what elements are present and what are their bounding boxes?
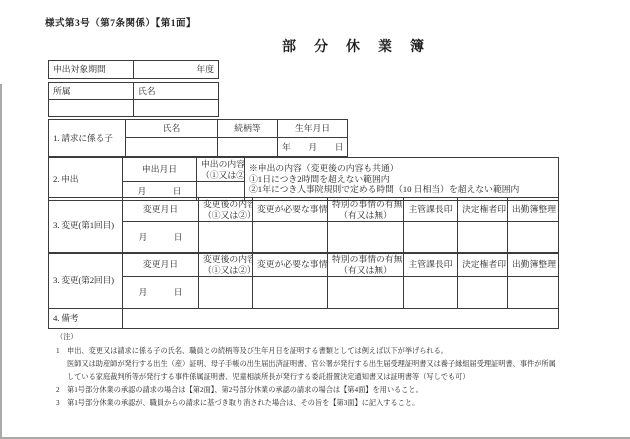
- request-date-header: 申出月日: [123, 158, 197, 182]
- change2-date-input-cell[interactable]: 月 日: [123, 277, 199, 309]
- change1-manager-seal-header: 主管課長印: [404, 198, 458, 222]
- change2-section-label: 3. 変更(第2回目): [49, 253, 123, 309]
- change1-content-header-line1: 変更後の内容: [203, 199, 248, 210]
- remarks-section-label: 4. 備考: [49, 309, 123, 329]
- change2-special-header-line1: 特別の事情の有無: [332, 254, 399, 265]
- change2-content-header-line1: 変更後の内容: [203, 254, 248, 265]
- change2-reason-input-cell[interactable]: [253, 277, 328, 309]
- change1-content-header: 変更後の内容 （①又は②）: [199, 198, 253, 222]
- change1-special-input-cell[interactable]: [328, 222, 404, 254]
- change1-special-header: 特別の事情の有無 （有又は無）: [328, 198, 404, 222]
- change2-content-header: 変更後の内容 （①又は②）: [199, 253, 253, 277]
- change2-table: 3. 変更(第2回目) 変更月日 変更後の内容 （①又は②） 変更が必要な事情 …: [48, 252, 559, 309]
- change1-reason-header: 変更が必要な事情: [253, 198, 328, 222]
- fiscal-year-cell[interactable]: 年度: [134, 61, 219, 79]
- period-table: 申出対象期間 年度: [48, 60, 219, 79]
- form-code: 様式第3号（第7条関係）【第1面】: [45, 15, 196, 29]
- child-name-input-cell[interactable]: [126, 138, 218, 157]
- note-text: している家庭裁判所等が発行する事件係属証明書、児童相談所長が発行する委託措置決定…: [67, 371, 568, 384]
- request-content-header-line1: 申出の内容: [201, 159, 240, 170]
- note-text: 医師又は助産師が発行する出生（産）証明、母子手帳の出生届出済証明書、官公署が発行…: [67, 358, 568, 371]
- change1-content-input-cell[interactable]: [199, 222, 253, 254]
- request-content-header: 申出の内容 （①又は②）: [197, 158, 245, 182]
- note-number: [56, 371, 67, 384]
- page-title: 部 分 休 業 簿: [0, 36, 630, 56]
- change1-table: 3. 変更(第1回目) 変更月日 変更後の内容 （①又は②） 変更が必要な事情 …: [48, 197, 559, 254]
- name-input-cell[interactable]: [134, 100, 219, 117]
- change1-date-header: 変更月日: [123, 198, 199, 222]
- note-line: 2 第1号部分休業の承認の請求の場合は【第2面】、第2号部分休業の承認の請求の場…: [56, 384, 568, 397]
- note-text: 第1号部分休業の承認が、職員からの請求に基づき取り消された場合は、その旨を【第3…: [67, 397, 568, 410]
- identity-table: 所属 氏名: [48, 82, 219, 117]
- note-line: している家庭裁判所等が発行する事件係属証明書、児童相談所長が発行する委託措置決定…: [56, 371, 568, 384]
- period-label-cell: 申出対象期間: [49, 61, 134, 79]
- change2-special-header-line2: （有又は無）: [332, 265, 399, 276]
- scan-edge-left: [0, 84, 2, 439]
- change1-reason-input-cell[interactable]: [253, 222, 328, 254]
- request-content-note: ※申出の内容（変更後の内容も共通） ①1日につき2時間を超えない範囲内 ②1年に…: [245, 158, 559, 201]
- change2-special-input-cell[interactable]: [328, 277, 404, 309]
- request-note-line2: ①1日につき2時間を超えない範囲内: [249, 174, 554, 185]
- child-table: 1. 請求に係る子 氏名 続柄等 生年月日 年 月 日: [48, 119, 348, 157]
- change1-attendance-cell[interactable]: [508, 222, 559, 254]
- child-birthdate-header: 生年月日: [278, 120, 348, 138]
- change2-content-input-cell[interactable]: [199, 277, 253, 309]
- change2-date-header: 変更月日: [123, 253, 199, 277]
- affiliation-input-cell[interactable]: [49, 100, 134, 117]
- change1-special-header-line2: （有又は無）: [332, 210, 399, 221]
- note-number: [56, 358, 67, 371]
- change1-section-label: 3. 変更(第1回目): [49, 198, 123, 254]
- change1-manager-seal-cell[interactable]: [404, 222, 458, 254]
- note-line: 1 申出、変更又は請求に係る子の氏名、職員との続柄等及び生年月日を証明する書類と…: [56, 345, 568, 358]
- note-line: 3 第1号部分休業の承認が、職員からの請求に基づき取り消された場合は、その旨を【…: [56, 397, 568, 410]
- change1-decider-seal-cell[interactable]: [458, 222, 508, 254]
- change1-date-input-cell[interactable]: 月 日: [123, 222, 199, 254]
- child-relationship-input-cell[interactable]: [218, 138, 278, 157]
- change1-special-header-line1: 特別の事情の有無: [332, 199, 399, 210]
- child-name-header: 氏名: [126, 120, 218, 138]
- footnotes: （注） 1 申出、変更又は請求に係る子の氏名、職員との続柄等及び生年月日を証明す…: [56, 331, 568, 410]
- note-number: 3: [56, 397, 67, 410]
- footnotes-heading: （注）: [56, 331, 568, 344]
- change2-attendance-header: 出勤簿整理: [508, 253, 559, 277]
- change2-manager-seal-header: 主管課長印: [404, 253, 458, 277]
- affiliation-header-cell: 所属: [49, 83, 134, 100]
- request-content-header-line2: （①又は②）: [201, 170, 240, 181]
- child-relationship-header: 続柄等: [218, 120, 278, 138]
- change1-decider-seal-header: 決定権者印: [458, 198, 508, 222]
- change2-reason-header: 変更が必要な事情: [253, 253, 328, 277]
- change2-content-header-line2: （①又は②）: [203, 265, 248, 276]
- remarks-input-cell[interactable]: [123, 309, 559, 329]
- note-number: 1: [56, 345, 67, 358]
- note-text: 申出、変更又は請求に係る子の氏名、職員との続柄等及び生年月日を証明する書類として…: [67, 345, 568, 358]
- change2-attendance-cell[interactable]: [508, 277, 559, 309]
- request-table: 2. 申出 申出月日 申出の内容 （①又は②） ※申出の内容（変更後の内容も共通…: [48, 157, 559, 201]
- name-header-cell: 氏名: [134, 83, 219, 100]
- request-note-line3: ②1年につき人事院規則で定める時間（10 日相当）を超えない範囲内: [249, 184, 554, 195]
- scanned-form-page: { "colors": { "ink": "#1f1f1f", "border"…: [0, 0, 630, 439]
- child-section-label: 1. 請求に係る子: [49, 120, 126, 157]
- change2-special-header: 特別の事情の有無 （有又は無）: [328, 253, 404, 277]
- child-birthdate-input-cell[interactable]: 年 月 日: [278, 138, 348, 157]
- note-text: 第1号部分休業の承認の請求の場合は【第2面】、第2号部分休業の承認の請求の場合は…: [67, 384, 568, 397]
- remarks-table: 4. 備考: [48, 308, 559, 329]
- change2-decider-seal-header: 決定権者印: [458, 253, 508, 277]
- change1-attendance-header: 出勤簿整理: [508, 198, 559, 222]
- note-line: 医師又は助産師が発行する出生（産）証明、母子手帳の出生届出済証明書、官公署が発行…: [56, 358, 568, 371]
- change1-content-header-line2: （①又は②）: [203, 210, 248, 221]
- change2-decider-seal-cell[interactable]: [458, 277, 508, 309]
- note-number: 2: [56, 384, 67, 397]
- request-note-line1: ※申出の内容（変更後の内容も共通）: [249, 163, 554, 174]
- change2-manager-seal-cell[interactable]: [404, 277, 458, 309]
- request-section-label: 2. 申出: [49, 158, 123, 201]
